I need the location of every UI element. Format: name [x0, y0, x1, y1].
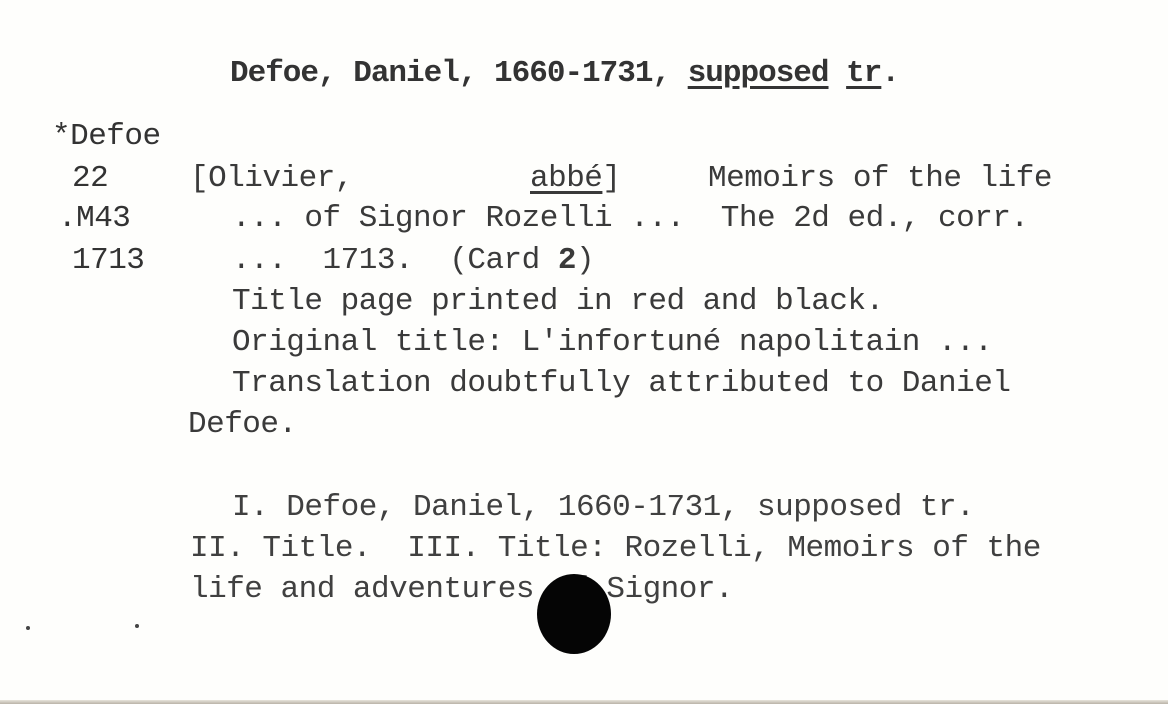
note-translation-cont: Defoe. — [188, 409, 297, 440]
tracing-3: life and adventures of Signor. — [190, 574, 733, 605]
author-open: [Olivier, — [190, 163, 353, 194]
punch-hole — [537, 574, 611, 654]
note-translation: Translation doubtfully attributed to Dan… — [232, 368, 1010, 399]
title-line-2: ... of Signor Rozelli ... The 2d ed., co… — [232, 203, 1029, 234]
catalog-card: Defoe, Daniel, 1660-1731, supposed tr. *… — [0, 0, 1168, 704]
tracing-2: II. Title. III. Title: Rozelli, Memoirs … — [190, 533, 1041, 564]
author-title: abbé] — [530, 163, 621, 194]
added-entry-heading: Defoe, Daniel, 1660-1731, supposed tr. — [230, 58, 899, 89]
title-line-3: ... 1713. (Card 2) — [232, 245, 594, 276]
tracing-1: I. Defoe, Daniel, 1660-1731, supposed tr… — [232, 492, 974, 523]
heading-role-tr: tr — [846, 56, 881, 91]
call-number-line-2: 22 — [72, 163, 108, 194]
call-number-line-3: .M43 — [58, 203, 130, 234]
call-number-line-1: *Defoe — [52, 121, 161, 152]
speck-mark — [135, 624, 139, 628]
note-original-title: Original title: L'infortuné napolitain .… — [232, 327, 992, 358]
title-start: Memoirs of the life — [708, 163, 1052, 194]
speck-mark — [26, 626, 30, 630]
card-number: 2 — [558, 243, 576, 278]
heading-role-supposed: supposed — [688, 56, 829, 91]
call-number-line-4: 1713 — [72, 245, 144, 276]
note-title-page: Title page printed in red and black. — [232, 286, 884, 317]
heading-name: Defoe, Daniel, 1660-1731, — [230, 56, 688, 91]
